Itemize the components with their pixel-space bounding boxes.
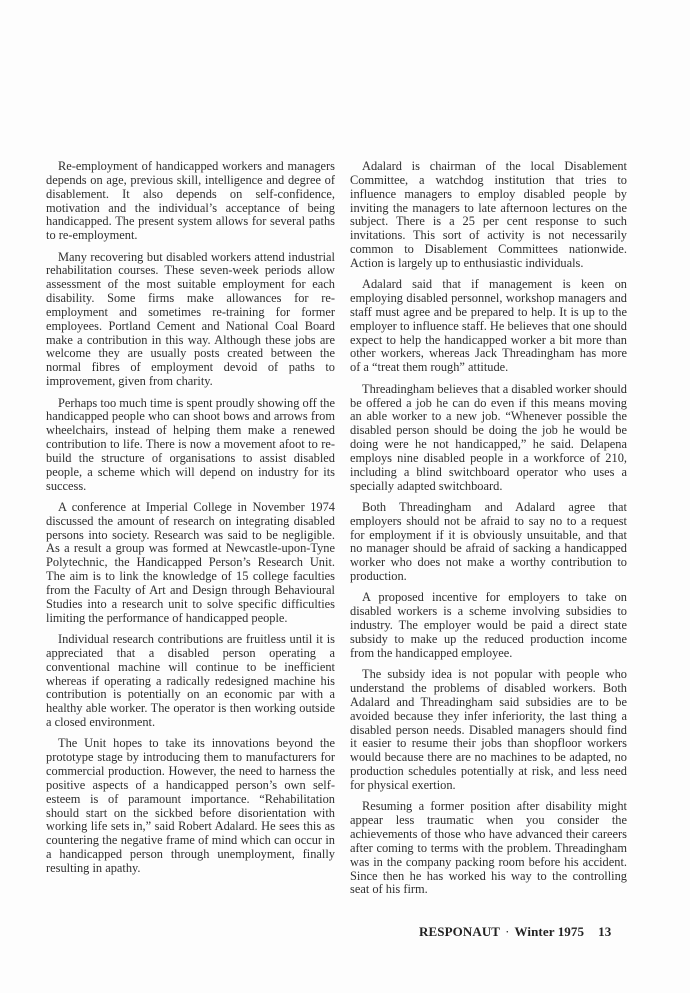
paragraph: Threadingham believes that a disabled wo… — [350, 383, 627, 494]
paragraph: A proposed incentive for employers to ta… — [350, 591, 627, 660]
publication-name: RESPONAUT — [419, 924, 500, 939]
left-column: Re-employment of handicapped workers and… — [46, 160, 335, 883]
paragraph: Individual research contributions are fr… — [46, 633, 335, 730]
paragraph: Perhaps too much time is spent proudly s… — [46, 397, 335, 494]
issue-label: Winter 1975 — [515, 924, 585, 939]
paragraph: A conference at Imperial College in Nove… — [46, 501, 335, 626]
paragraph: Re-employment of handicapped workers and… — [46, 160, 335, 243]
paragraph: The Unit hopes to take its innovations b… — [46, 737, 335, 875]
paragraph: Adalard said that if management is keen … — [350, 278, 627, 375]
right-column: Adalard is chairman of the local Disable… — [350, 160, 627, 905]
paragraph: Both Threadingham and Adalard agree that… — [350, 501, 627, 584]
paragraph: The subsidy idea is not popular with peo… — [350, 668, 627, 793]
page-number: 13 — [598, 924, 611, 939]
paragraph: Many recovering but disabled workers att… — [46, 251, 335, 389]
footer-separator: · — [505, 924, 509, 939]
paragraph: Resuming a former position after disabil… — [350, 800, 627, 897]
page-footer: RESPONAUT·Winter 197513 — [419, 924, 611, 940]
paragraph: Adalard is chairman of the local Disable… — [350, 160, 627, 271]
